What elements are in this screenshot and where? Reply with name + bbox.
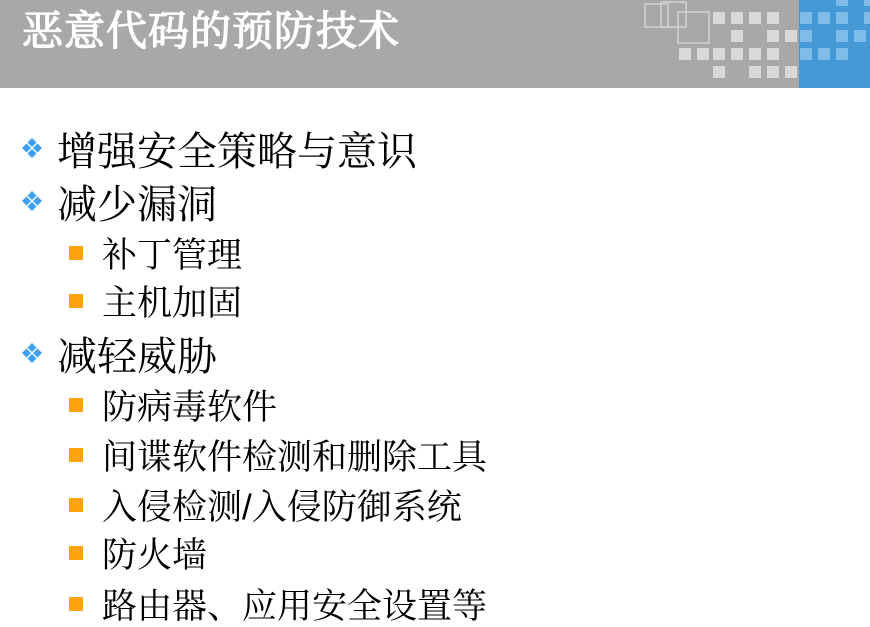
slide-header: 恶意代码的预防技术: [0, 0, 870, 88]
bullet-item: 防火墙: [0, 533, 870, 573]
slide-title: 恶意代码的预防技术: [22, 6, 400, 56]
bullet-text: 间谍软件检测和删除工具: [102, 430, 487, 480]
bullet-item: 主机加固: [0, 281, 870, 321]
bullet-text: 增强安全策略与意识: [57, 120, 417, 177]
square-bullet-icon: [69, 546, 83, 560]
bullet-item: 间谍软件检测和删除工具: [0, 435, 870, 475]
diamond-bullet-icon: [22, 138, 42, 158]
bullet-item: 增强安全策略与意识: [0, 126, 870, 170]
slide: 恶意代码的预防技术: [0, 0, 870, 627]
square-bullet-icon: [69, 498, 83, 512]
bullet-item: 路由器、应用安全设置等: [0, 584, 870, 624]
diamond-bullet-icon: [22, 343, 42, 363]
bullet-item: 减少漏洞: [0, 179, 870, 223]
bullet-text: 防病毒软件: [102, 380, 277, 430]
bullet-text: 路由器、应用安全设置等: [102, 579, 487, 627]
decorative-squares: [640, 0, 870, 88]
bullet-text: 减轻威胁: [57, 325, 217, 382]
bullet-item: 防病毒软件: [0, 385, 870, 425]
square-bullet-icon: [69, 246, 83, 260]
bullet-text: 补丁管理: [102, 228, 242, 278]
square-bullet-icon: [69, 448, 83, 462]
bullet-text: 主机加固: [102, 276, 242, 326]
bullet-item: 补丁管理: [0, 233, 870, 273]
bullet-text: 减少漏洞: [57, 173, 217, 230]
diamond-bullet-icon: [22, 191, 42, 211]
bullet-item: 入侵检测/入侵防御系统: [0, 485, 870, 525]
square-bullet-icon: [69, 398, 83, 412]
bullet-item: 减轻威胁: [0, 331, 870, 375]
bullet-text: 入侵检测/入侵防御系统: [102, 480, 462, 530]
square-bullet-icon: [69, 597, 83, 611]
bullet-text: 防火墙: [102, 528, 207, 578]
square-bullet-icon: [69, 294, 83, 308]
